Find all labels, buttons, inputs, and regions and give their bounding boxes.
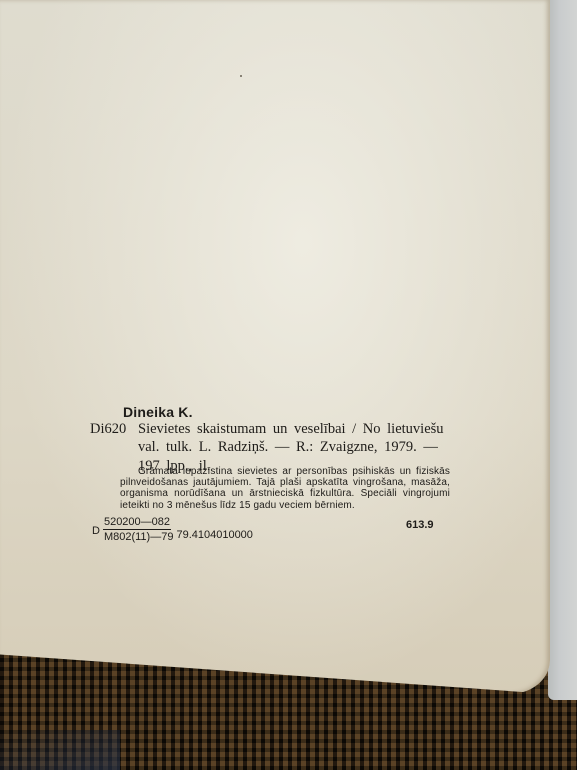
udc-number: 613.9 (406, 519, 434, 531)
classification-prefix: D (92, 525, 100, 537)
classification-code: 79.4104010000 (176, 529, 252, 541)
paper-speck (240, 75, 242, 77)
call-number: Di620 (90, 421, 126, 438)
title-line-1: Sievietes skaistumam un veselībai / No l… (138, 421, 444, 438)
classification-block: D 520200—082 M802(11)—79 79.4104010000 (92, 516, 253, 543)
next-page-edge (548, 0, 577, 700)
abstract-text: Grāmata iepazīstina sievietes ar personī… (120, 466, 450, 511)
mat-shadow (0, 730, 120, 770)
book-page (0, 0, 550, 694)
fraction-numerator: 520200—082 (103, 516, 171, 530)
author-name: Dineika K. (123, 404, 193, 420)
fraction-denominator: M802(11)—79 (103, 530, 175, 543)
classification-fraction: 520200—082 M802(11)—79 (103, 516, 175, 543)
title-line-2: val. tulk. L. Radziņš. — R.: Zvaigzne, 1… (138, 439, 438, 456)
